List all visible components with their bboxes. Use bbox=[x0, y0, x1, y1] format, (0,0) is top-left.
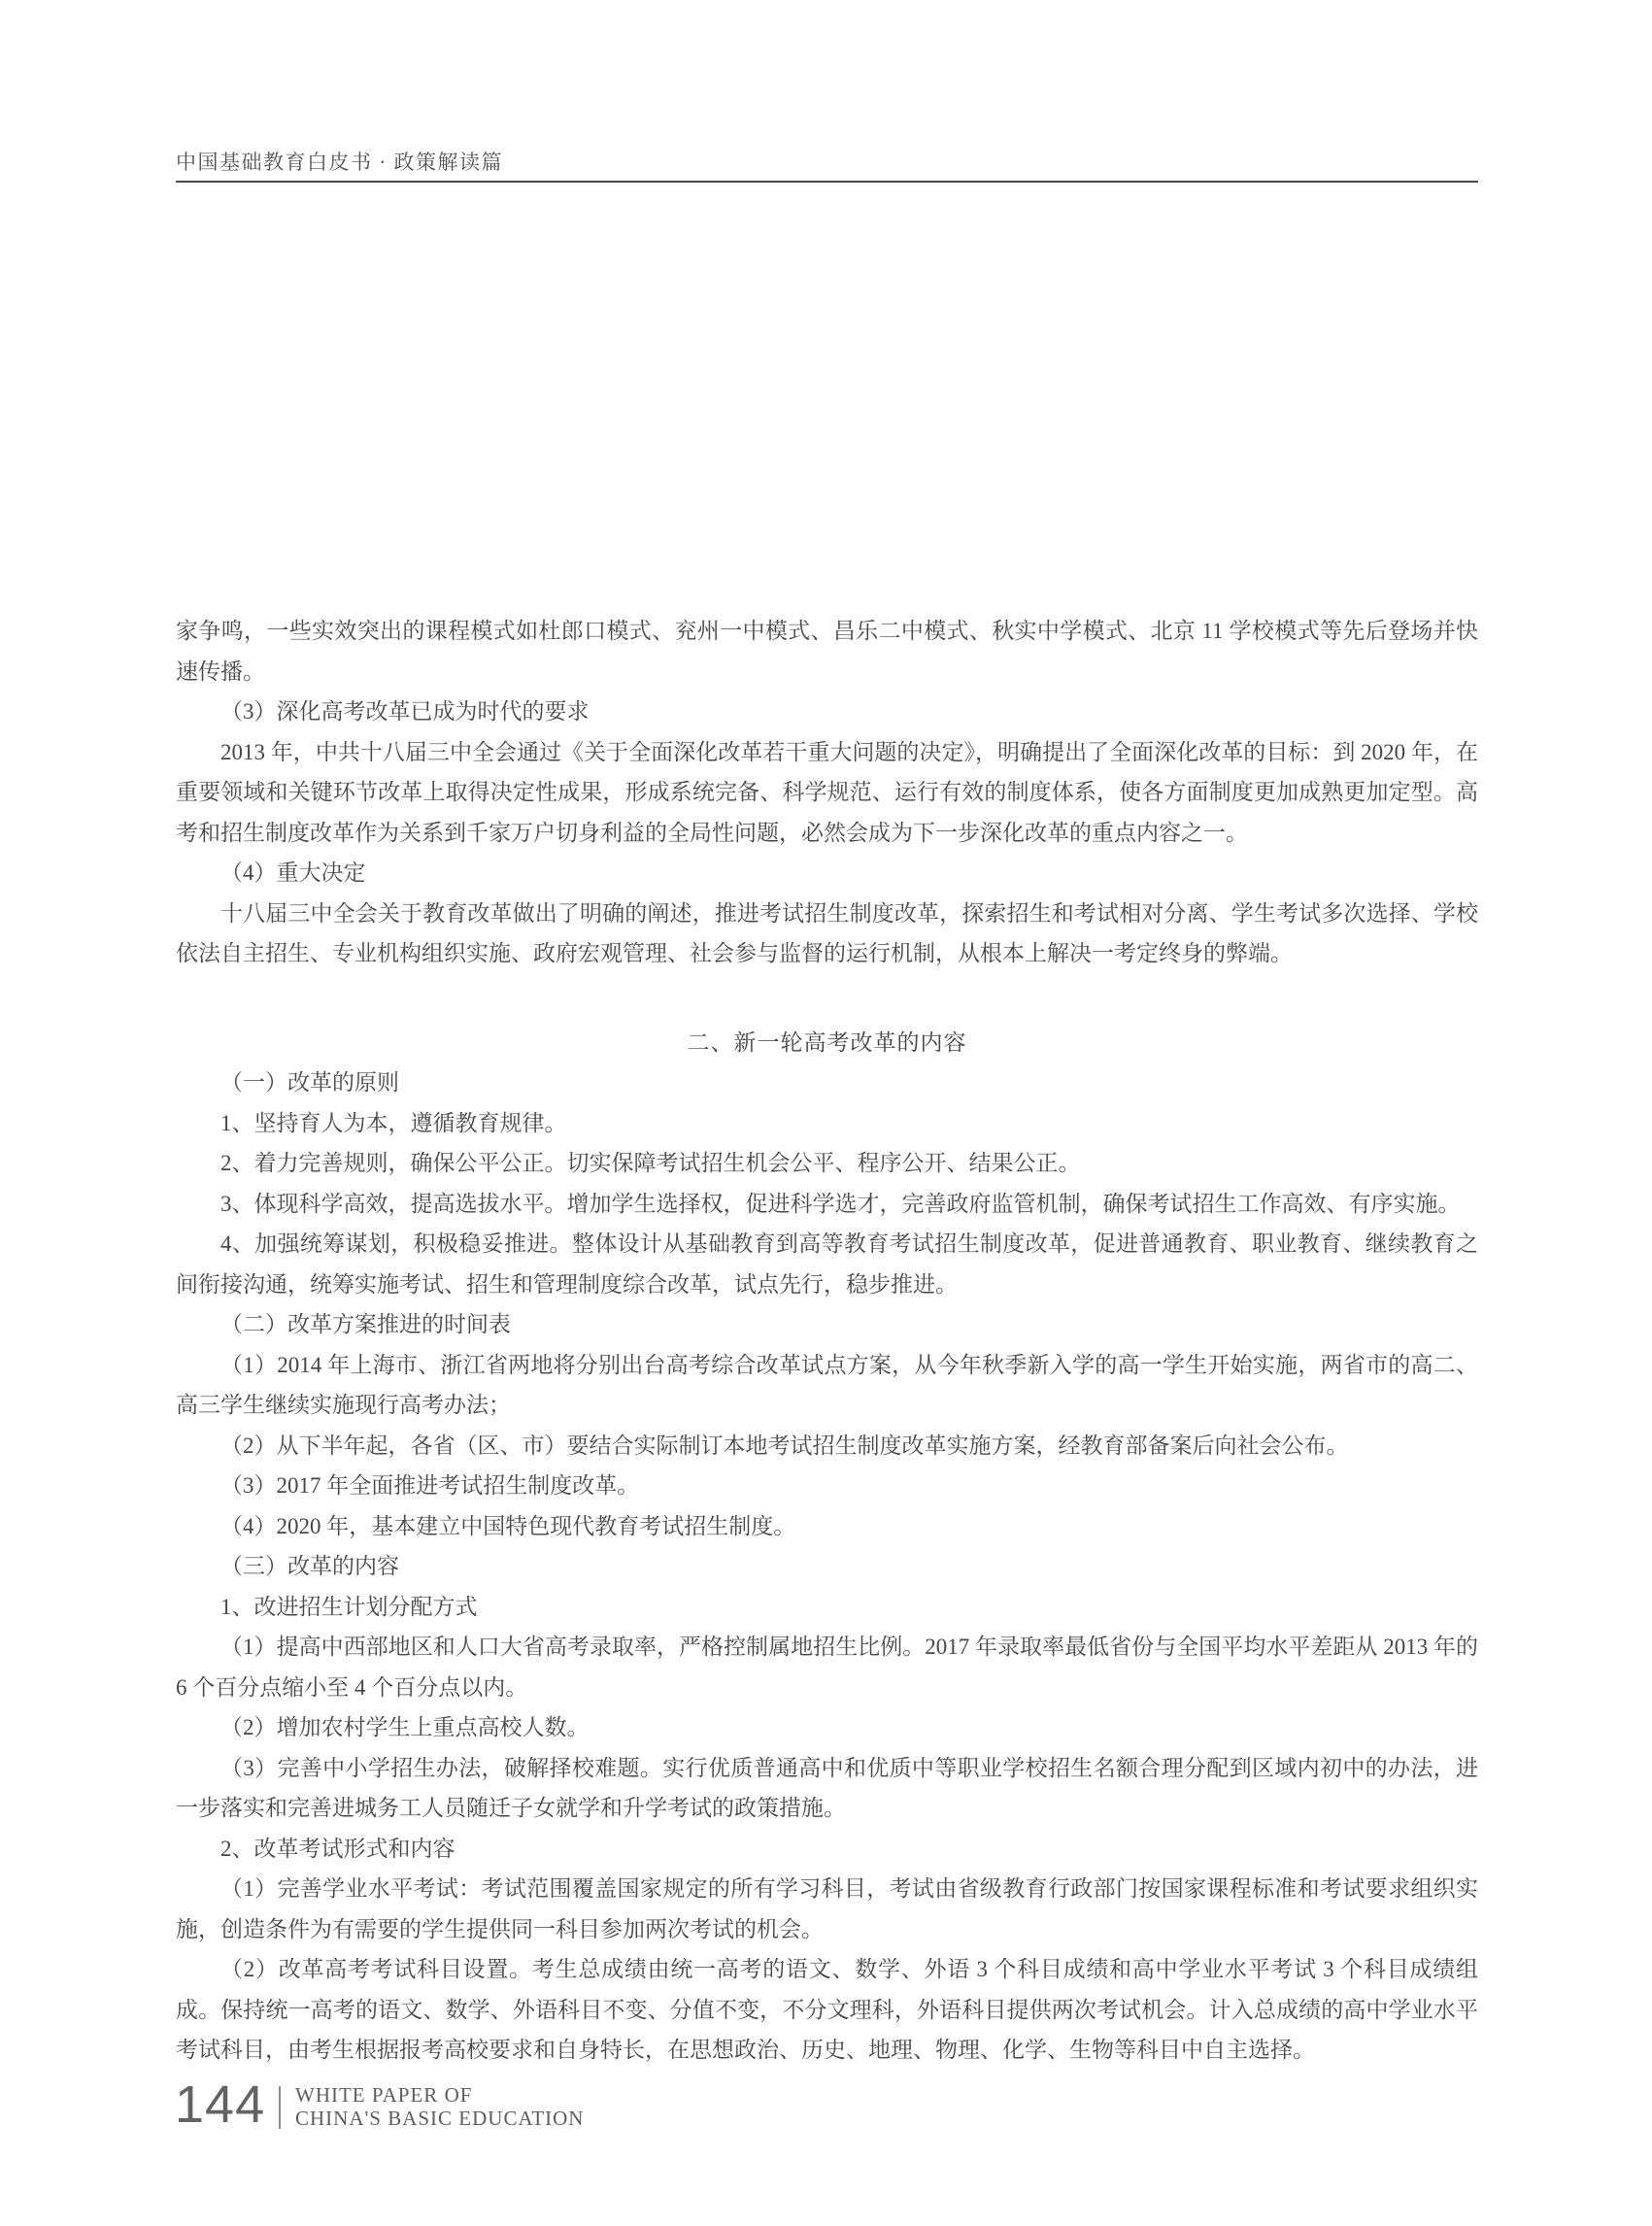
body-paragraph: （2）改革高考考试科目设置。考生总成绩由统一高考的语文、数学、外语 3 个科目成… bbox=[176, 1949, 1478, 2071]
body-paragraph: （二）改革方案推进的时间表 bbox=[176, 1304, 1478, 1345]
body-paragraph: 家争鸣，一些实效突出的课程模式如杜郎口模式、兖州一中模式、昌乐二中模式、秋实中学… bbox=[176, 611, 1478, 691]
body-paragraph: （3）完善中小学招生办法，破解择校难题。实行优质普通高中和优质中等职业学校招生名… bbox=[176, 1748, 1478, 1829]
body-paragraph: 3、体现科学高效，提高选拔水平。增加学生选择权，促进科学选才，完善政府监管机制，… bbox=[176, 1184, 1478, 1225]
body-paragraph: （4）重大决定 bbox=[176, 853, 1478, 894]
body-paragraph: （2）增加农村学生上重点高校人数。 bbox=[176, 1707, 1478, 1748]
footer-book-title-line2: CHINA'S BASIC EDUCATION bbox=[295, 2107, 584, 2130]
body-paragraph: 1、改进招生计划分配方式 bbox=[176, 1587, 1478, 1628]
body-paragraph: （4）2020 年，基本建立中国特色现代教育考试招生制度。 bbox=[176, 1506, 1478, 1547]
body-paragraph: （1）提高中西部地区和人口大省高考录取率，严格控制属地招生比例。2017 年录取… bbox=[176, 1627, 1478, 1707]
body-paragraph: 2013 年，中共十八届三中全会通过《关于全面深化改革若干重大问题的决定》，明确… bbox=[176, 732, 1478, 854]
body-paragraph: 2、改革考试形式和内容 bbox=[176, 1829, 1478, 1870]
body-paragraph: 十八届三中全会关于教育改革做出了明确的阐述，推进考试招生制度改革，探索招生和考试… bbox=[176, 894, 1478, 974]
body-paragraph: （3）深化高考改革已成为时代的要求 bbox=[176, 691, 1478, 732]
body-paragraph: 2、着力完善规则，确保公平公正。切实保障考试招生机会公平、程序公开、结果公正。 bbox=[176, 1143, 1478, 1184]
body-paragraph: （2）从下半年起，各省（区、市）要结合实际制订本地考试招生制度改革实施方案，经教… bbox=[176, 1426, 1478, 1467]
body-paragraph: 1、坚持育人为本，遵循教育规律。 bbox=[176, 1103, 1478, 1144]
header-rule bbox=[176, 181, 1478, 183]
footer-divider bbox=[279, 2086, 281, 2129]
footer-book-title-line1: WHITE PAPER OF bbox=[295, 2083, 584, 2107]
page-body: 家争鸣，一些实效突出的课程模式如杜郎口模式、兖州一中模式、昌乐二中模式、秋实中学… bbox=[176, 611, 1478, 2071]
running-header-title: 中国基础教育白皮书 · 政策解读篇 bbox=[176, 147, 503, 176]
body-paragraph: （1）完善学业水平考试：考试范围覆盖国家规定的所有学习科目，考试由省级教育行政部… bbox=[176, 1869, 1478, 1949]
document-page: 中国基础教育白皮书 · 政策解读篇 家争鸣，一些实效突出的课程模式如杜郎口模式、… bbox=[0, 0, 1652, 2226]
body-paragraph: （3）2017 年全面推进考试招生制度改革。 bbox=[176, 1466, 1478, 1506]
body-paragraph: （一）改革的原则 bbox=[176, 1062, 1478, 1103]
body-paragraph: 4、加强统筹谋划，积极稳妥推进。整体设计从基础教育到高等教育考试招生制度改革，促… bbox=[176, 1224, 1478, 1304]
body-paragraph: （1）2014 年上海市、浙江省两地将分别出台高考综合改革试点方案，从今年秋季新… bbox=[176, 1345, 1478, 1426]
footer-book-title: WHITE PAPER OF CHINA'S BASIC EDUCATION bbox=[295, 2083, 584, 2130]
body-paragraph: （三）改革的内容 bbox=[176, 1546, 1478, 1587]
page-number: 144 bbox=[175, 2078, 265, 2131]
section-heading: 二、新一轮高考改革的内容 bbox=[176, 1023, 1478, 1063]
